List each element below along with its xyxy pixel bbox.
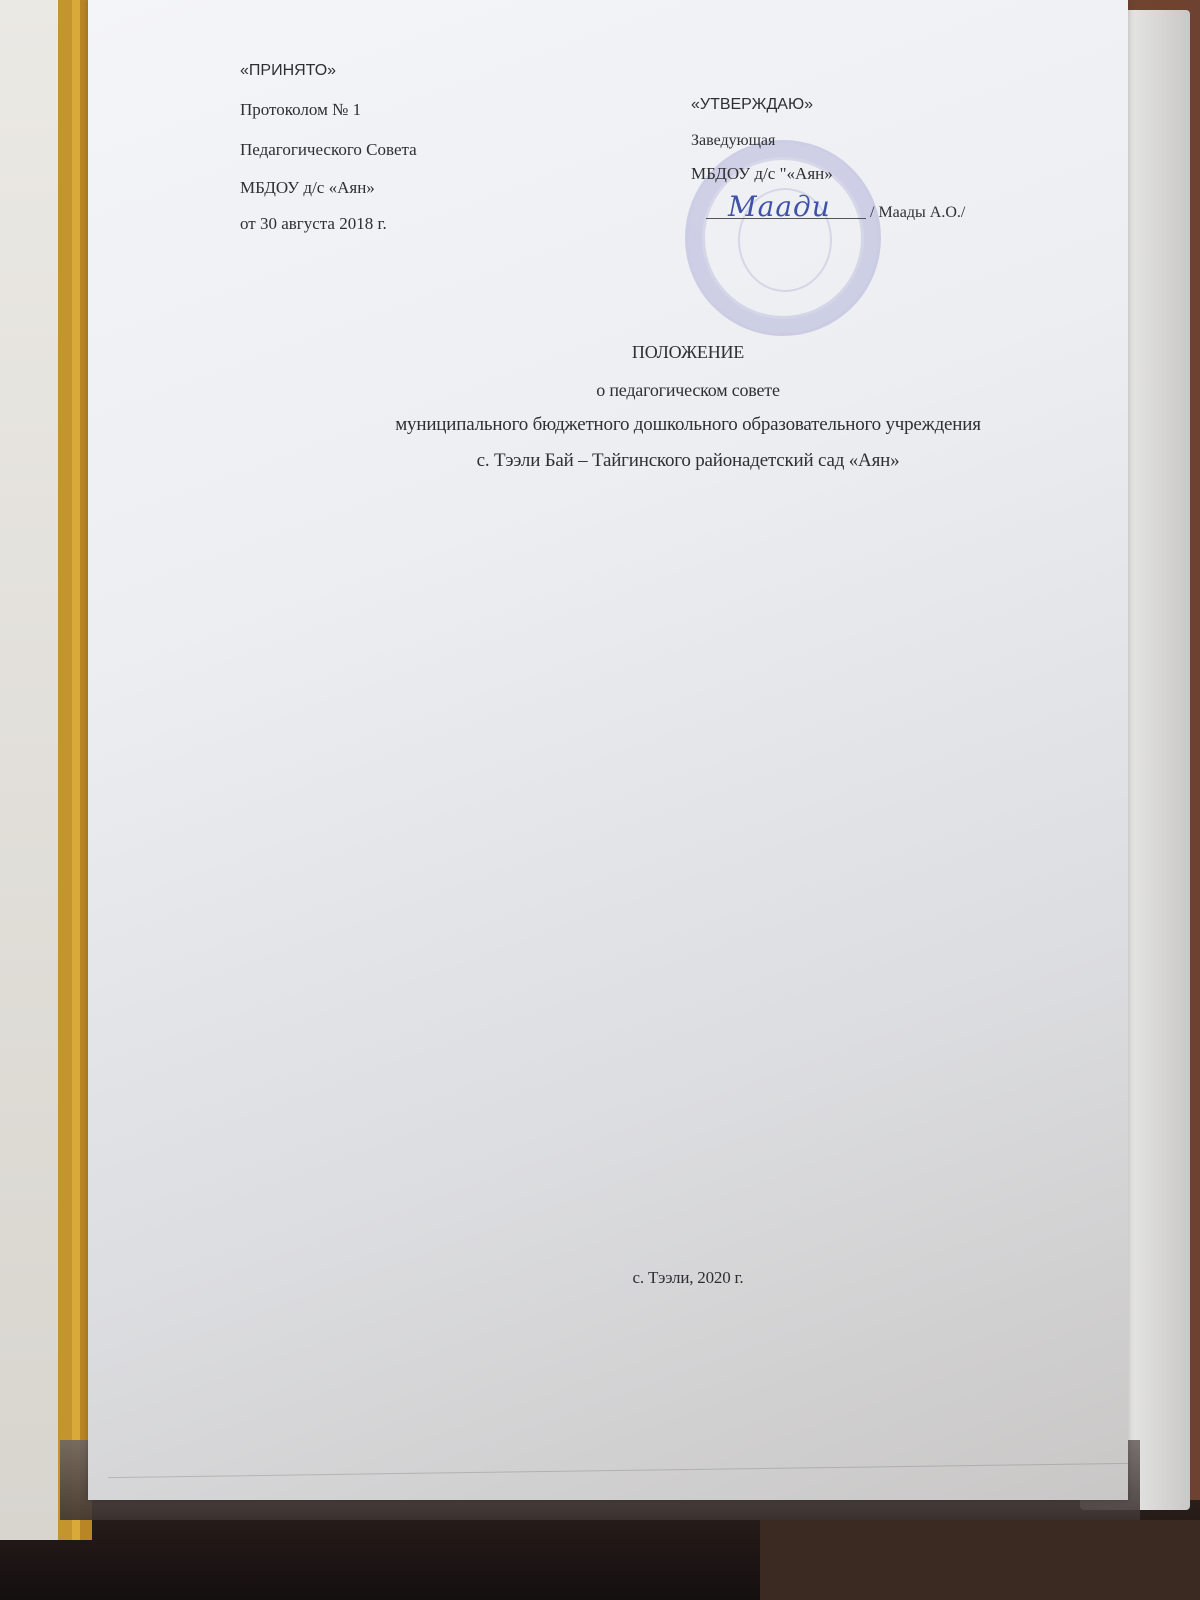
signer-name: / Маады А.О./ xyxy=(870,204,965,222)
institution-location: с. Тээли Бай – Тайгинского районадетский… xyxy=(248,450,1128,472)
place-and-year: с. Тээли, 2020 г. xyxy=(248,1268,1128,1288)
protocol-number: Протоколом № 1 xyxy=(240,100,361,120)
document-page: «ПРИНЯТО» Протоколом № 1 Педагогического… xyxy=(88,0,1128,1500)
approve-heading: «УТВЕРЖДАЮ» xyxy=(691,96,813,114)
document-title: ПОЛОЖЕНИЕ xyxy=(248,342,1128,363)
folder-page xyxy=(0,0,58,1540)
handwritten-signature: Маади xyxy=(728,190,831,223)
yellow-folder xyxy=(0,0,92,1540)
pedagogical-council: Педагогического Совета xyxy=(240,140,417,160)
institution-right: МБДОУ д/с "«Аян» xyxy=(691,164,833,184)
approval-date: от 30 августа 2018 г. xyxy=(240,214,387,234)
institution-left: МБДОУ д/с «Аян» xyxy=(240,178,375,198)
page-fold-line xyxy=(108,1463,1128,1478)
approved-heading: «ПРИНЯТО» xyxy=(240,62,336,80)
document-subtitle: о педагогическом совете xyxy=(248,380,1128,401)
institution-full-name: муниципального бюджетного дошкольного об… xyxy=(248,414,1128,436)
table-edge xyxy=(760,1520,1200,1600)
head-title: Заведующая xyxy=(691,132,775,150)
